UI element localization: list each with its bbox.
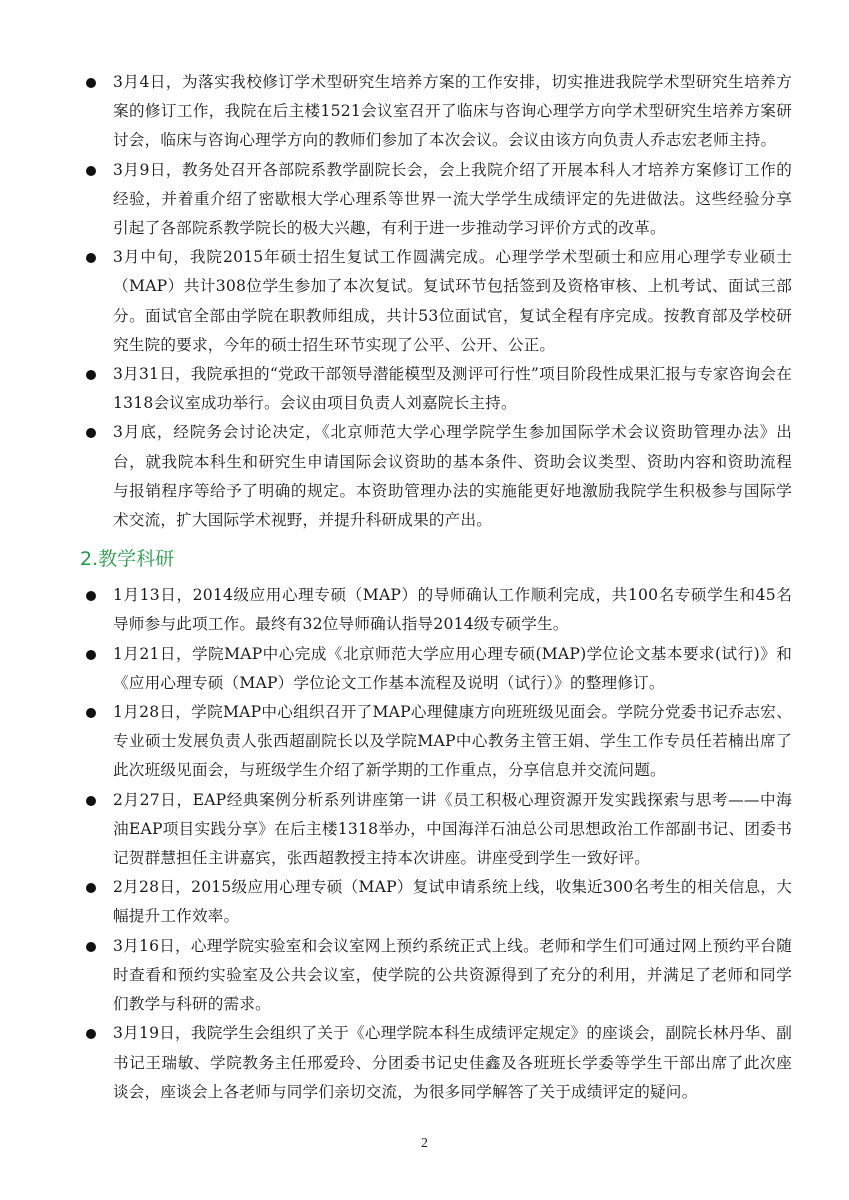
bullet-icon [86,708,96,718]
list-item-text: 3月16日，心理学院实验室和会议室网上预约系统正式上线。老师和学生们可通过网上预… [113,937,792,1013]
bullet-icon [86,1029,96,1039]
list-item: 3月底，经院务会讨论决定，《北京师范大学心理学院学生参加国际学术会议资助管理办法… [80,418,792,535]
bullet-icon [86,166,96,176]
list-item: 3月中旬，我院2015年硕士招生复试工作圆满完成。心理学学术型硕士和应用心理学专… [80,243,792,360]
bullet-icon [86,650,96,660]
bullet-icon [86,942,96,952]
list-item-text: 3月4日，为落实我校修订学术型研究生培养方案的工作安排，切实推进我院学术型研究生… [113,73,792,149]
list-item: 3月9日，教务处召开各部院系教学副院长会，会上我院介绍了开展本科人才培养方案修订… [80,156,792,244]
list-item: 1月21日，学院MAP中心完成《北京师范大学应用心理专硕(MAP)学位论文基本要… [80,640,792,698]
list-item: 2月27日，EAP经典案例分析系列讲座第一讲《员工积极心理资源开发实践探索与思考… [80,786,792,874]
list-item: 3月16日，心理学院实验室和会议室网上预约系统正式上线。老师和学生们可通过网上预… [80,932,792,1020]
bullet-icon [86,253,96,263]
list-item: 1月28日，学院MAP中心组织召开了MAP心理健康方向班班级见面会。学院分党委书… [80,698,792,786]
section-heading: 2.教学科研 [80,541,792,577]
bullet-icon [86,370,96,380]
list-item-text: 1月13日，2014级应用心理专硕（MAP）的导师确认工作顺利完成，共100名专… [113,586,792,633]
bullet-icon [86,883,96,893]
section1-list: 3月4日，为落实我校修订学术型研究生培养方案的工作安排，切实推进我院学术型研究生… [80,68,792,535]
list-item: 1月13日，2014级应用心理专硕（MAP）的导师确认工作顺利完成，共100名专… [80,581,792,639]
list-item-text: 3月9日，教务处召开各部院系教学副院长会，会上我院介绍了开展本科人才培养方案修订… [113,161,792,237]
list-item-text: 3月中旬，我院2015年硕士招生复试工作圆满完成。心理学学术型硕士和应用心理学专… [113,248,792,354]
page-content: 3月4日，为落实我校修订学术型研究生培养方案的工作安排，切实推进我院学术型研究生… [80,68,792,1107]
list-item-text: 2月27日，EAP经典案例分析系列讲座第一讲《员工积极心理资源开发实践探索与思考… [113,791,792,867]
list-item: 2月28日，2015级应用心理专硕（MAP）复试申请系统上线，收集近300名考生… [80,873,792,931]
list-item-text: 2月28日，2015级应用心理专硕（MAP）复试申请系统上线，收集近300名考生… [113,878,792,925]
list-item: 3月19日，我院学生会组织了关于《心理学院本科生成绩评定规定》的座谈会，副院长林… [80,1019,792,1107]
bullet-icon [86,78,96,88]
list-item: 3月31日，我院承担的“党政干部领导潜能模型及测评可行性”项目阶段性成果汇报与专… [80,360,792,418]
document-page: 3月4日，为落实我校修订学术型研究生培养方案的工作安排，切实推进我院学术型研究生… [0,0,849,1200]
list-item-text: 3月底，经院务会讨论决定，《北京师范大学心理学院学生参加国际学术会议资助管理办法… [113,423,792,529]
page-number: 2 [0,1136,849,1152]
list-item-text: 1月28日，学院MAP中心组织召开了MAP心理健康方向班班级见面会。学院分党委书… [113,703,792,779]
list-item-text: 1月21日，学院MAP中心完成《北京师范大学应用心理专硕(MAP)学位论文基本要… [113,645,792,692]
bullet-icon [86,796,96,806]
bullet-icon [86,428,96,438]
list-item: 3月4日，为落实我校修订学术型研究生培养方案的工作安排，切实推进我院学术型研究生… [80,68,792,156]
bullet-icon [86,591,96,601]
list-item-text: 3月19日，我院学生会组织了关于《心理学院本科生成绩评定规定》的座谈会，副院长林… [113,1024,792,1100]
section2-list: 1月13日，2014级应用心理专硕（MAP）的导师确认工作顺利完成，共100名专… [80,581,792,1107]
list-item-text: 3月31日，我院承担的“党政干部领导潜能模型及测评可行性”项目阶段性成果汇报与专… [113,365,792,412]
